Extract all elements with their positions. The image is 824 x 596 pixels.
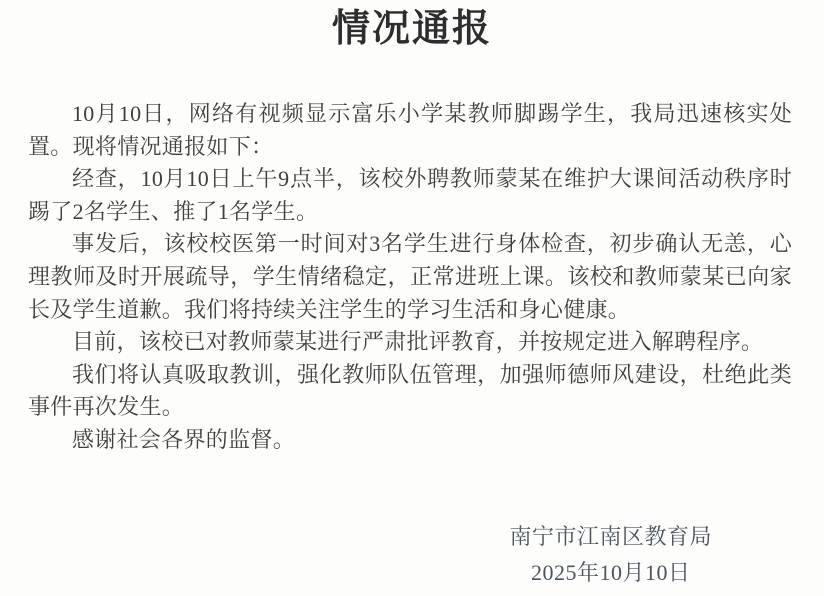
notice-paragraph-intro: 10月10日，网络有视频显示富乐小学某教师脚踢学生，我局迅速核实处置。现将情况通…: [28, 98, 792, 163]
notice-body: 10月10日，网络有视频显示富乐小学某教师脚踢学生，我局迅速核实处置。现将情况通…: [0, 98, 824, 457]
notice-paragraph-aftermath: 事发后，该校校医第一时间对3名学生进行身体检查，初步确认无恙，心理教师及时开展疏…: [28, 228, 792, 326]
notice-document: 情况通报 10月10日，网络有视频显示富乐小学某教师脚踢学生，我局迅速核实处置。…: [0, 6, 824, 596]
notice-paragraph-commitment: 我们将认真吸取教训，强化教师队伍管理，加强师德师风建设，杜绝此类事件再次发生。: [28, 359, 792, 424]
signature-organization: 南宁市江南区教育局: [509, 525, 712, 549]
signature-block: 南宁市江南区教育局 2025年10月10日: [509, 525, 712, 585]
notice-paragraph-investigation: 经查，10月10日上午9点半，该校外聘教师蒙某在维护大课间活动秩序时踢了2名学生…: [28, 163, 792, 228]
signature-date: 2025年10月10日: [509, 561, 712, 585]
notice-paragraph-thanks: 感谢社会各界的监督。: [28, 424, 792, 457]
notice-title: 情况通报: [0, 6, 824, 52]
notice-paragraph-discipline: 目前，该校已对教师蒙某进行严肃批评教育，并按规定进入解聘程序。: [28, 326, 792, 359]
